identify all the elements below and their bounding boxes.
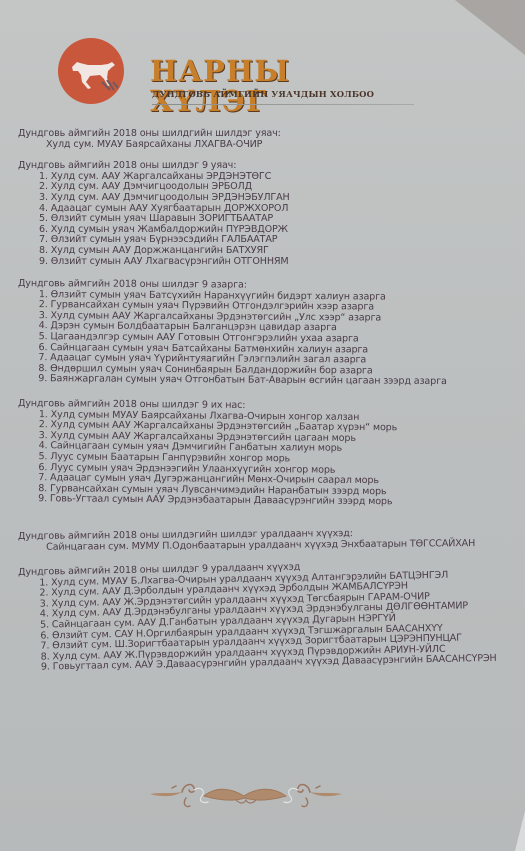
decorative-scroll-ornament-icon bbox=[146, 776, 346, 820]
list-item: 9. Өлзийт сумын ААУ Лхагвасүрэнгийн ОТГО… bbox=[39, 257, 525, 268]
ranked-list: 1. Хулд сум. МУАУ Б.Лхагва-Очирын уралда… bbox=[18, 569, 525, 674]
section-top-9-full-age-horses: Дундговь аймгийн 2018 оны шилдэг 9 их на… bbox=[17, 399, 525, 509]
section-top-9-stallions: Дундговь аймгийн 2018 оны шилдэг 9 азарг… bbox=[17, 279, 525, 388]
champion-entry: Хулд сум. МУАУ Баярсайханы ЛХАГВА-ОЧИР bbox=[18, 140, 525, 151]
ranked-list: 1. Хулд сум. ААУ Жаргалсайханы ЭРДЭНЭТӨГ… bbox=[18, 172, 525, 267]
list-item: 8. Хулд сумын ААУ Доржжанцангийн БАТХУЯГ bbox=[39, 246, 525, 257]
letterhead: НАРНЫ ХҮЛЭГ ДУНДГОВЬ АЙМГИЙН УЯАЧДЫН ХОЛ… bbox=[58, 38, 418, 108]
award-list-document: Дундговь аймгийн 2018 оны шилдгийн шилдэ… bbox=[18, 129, 525, 674]
running-horse-sun-logo-icon bbox=[58, 38, 124, 104]
section-heading: Дундговь аймгийн 2018 оны шилдгийн шилдэ… bbox=[18, 129, 525, 140]
ranked-list: 1. Өлзийт сумын уяач Батсүхийн Наранхүүг… bbox=[17, 290, 525, 389]
ranked-list: 1. Хулд сумын МУАУ Баярсайханы Лхагва-Оч… bbox=[17, 410, 525, 510]
photo-edge-highlight-bottom bbox=[515, 811, 525, 851]
section-best-child-jockey: Дундговь аймгийн 2018 оны шилдэгийн шилд… bbox=[18, 528, 525, 554]
header-divider bbox=[152, 104, 414, 105]
champion-entry: Сайнцагаан сум. МУМУ П.Одонбаатарын урал… bbox=[18, 538, 525, 553]
section-best-trainer: Дундговь аймгийн 2018 оны шилдгийн шилдэ… bbox=[18, 129, 525, 150]
list-item: 3. Хулд сум. ААУ Дэмчигцоодолын ЭРДЭНЭБУ… bbox=[39, 193, 525, 204]
list-item: 9. Баянжаргалан сумын уяач Отгонбатын Ба… bbox=[38, 375, 525, 389]
photo-edge-shadow-top bbox=[455, 0, 525, 55]
section-top-9-child-jockeys: Дундговь аймгийн 2018 оны шилдэг 9 уралд… bbox=[18, 558, 525, 674]
organization-title: НАРНЫ ХҮЛЭГ bbox=[150, 56, 418, 116]
organization-subtitle: ДУНДГОВЬ АЙМГИЙН УЯАЧДЫН ХОЛБОО bbox=[152, 89, 374, 99]
section-top-9-trainers: Дундговь аймгийн 2018 оны шилдэг 9 уяач:… bbox=[18, 161, 525, 267]
